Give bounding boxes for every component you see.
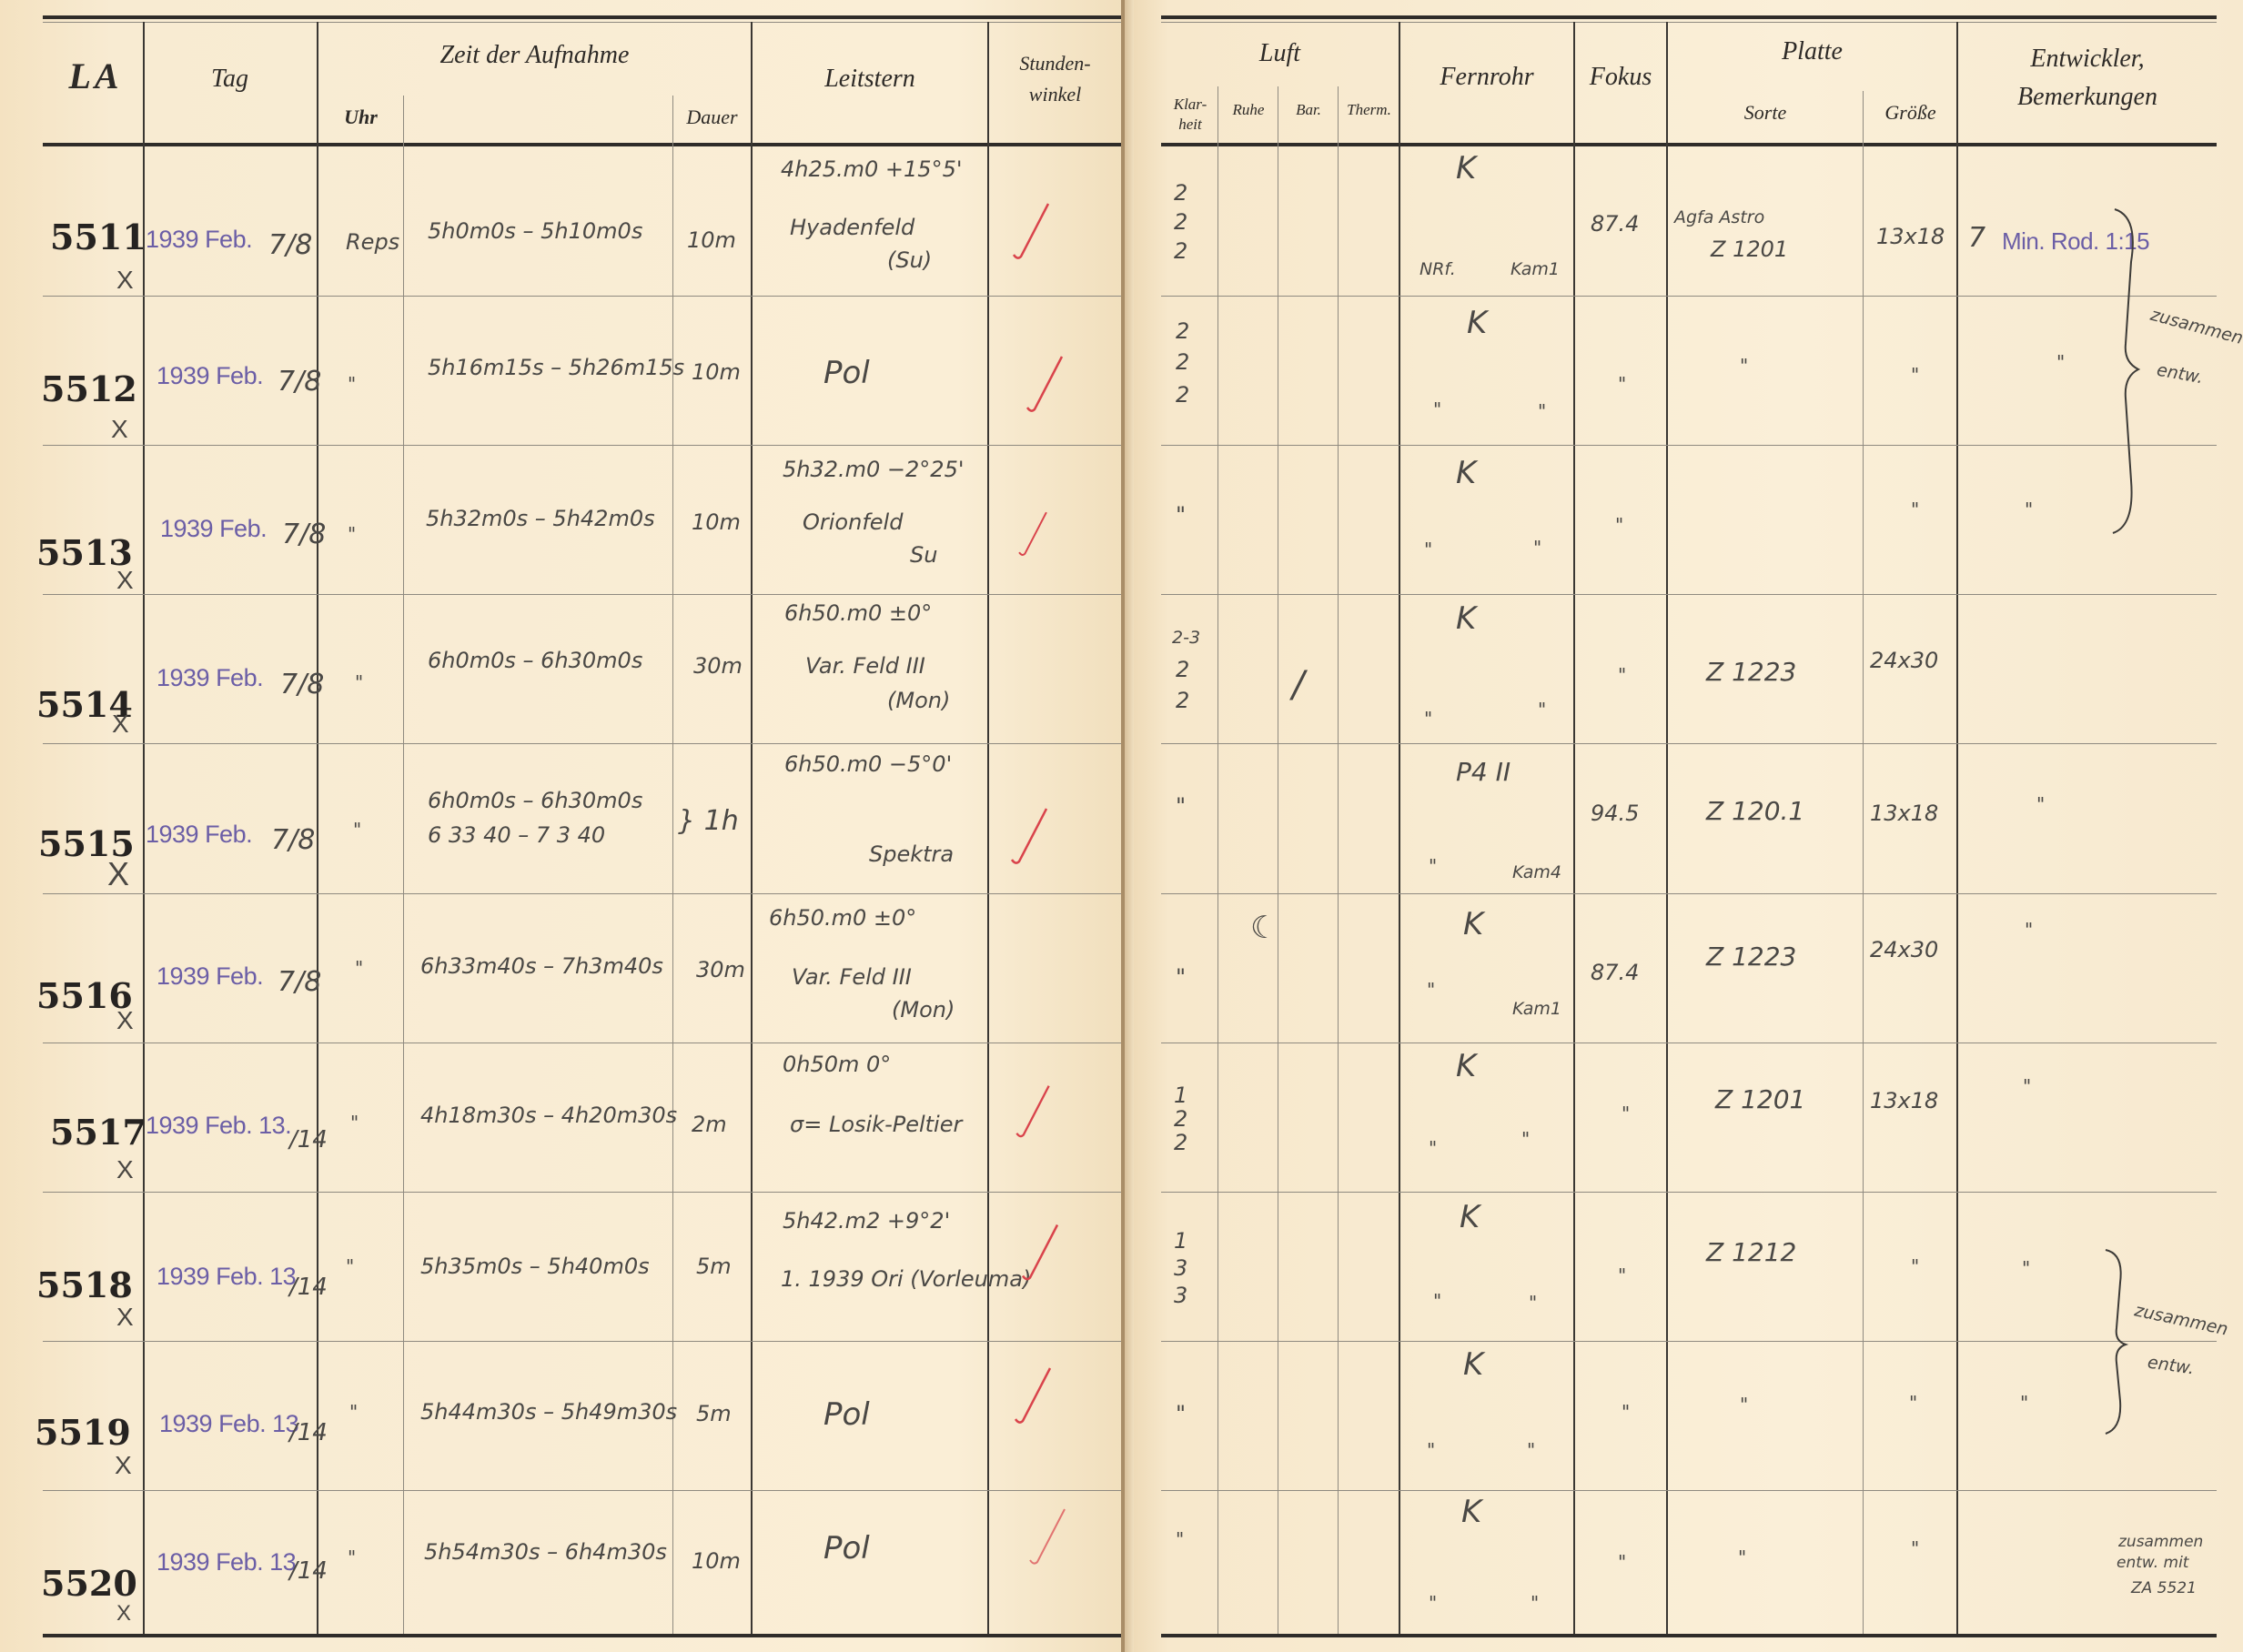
col-divider bbox=[1338, 86, 1339, 1634]
dauer-value: 2m bbox=[692, 1112, 727, 1137]
fernrohr-ditto: " bbox=[1429, 1137, 1437, 1159]
row-rule bbox=[1161, 1192, 2217, 1193]
date-stamp: 1939 Feb. 13 bbox=[159, 1410, 298, 1438]
dauer-value: 30m bbox=[693, 653, 743, 679]
klarheit-1: 2 bbox=[1176, 318, 1189, 344]
col-divider bbox=[751, 22, 753, 1634]
groesse-value: 13x18 bbox=[1870, 1088, 1938, 1113]
sorte-value: Agfa Astro bbox=[1674, 207, 1764, 227]
left-header-rule bbox=[43, 143, 1121, 146]
groesse-ditto: " bbox=[1911, 1537, 1919, 1559]
fernrohr-ditto: " bbox=[1429, 855, 1437, 877]
header-platte: Platte bbox=[1668, 38, 1956, 66]
col-divider bbox=[1666, 22, 1668, 1634]
leitstern-coord: 6h50.m0 −5°0' bbox=[784, 751, 952, 777]
fokus-ditto: " bbox=[1618, 1551, 1626, 1573]
row-rule bbox=[1161, 1490, 2217, 1491]
uhr-ditto: " bbox=[348, 523, 356, 545]
zeit-value: 6h0m0s – 6h30m0s bbox=[428, 788, 642, 813]
leitstern-note: Su bbox=[910, 542, 937, 568]
uhr-value: Reps bbox=[346, 229, 399, 255]
la-number: 5517 bbox=[50, 1112, 138, 1153]
check-x-mark: X bbox=[116, 1601, 131, 1627]
uhr-ditto: " bbox=[353, 819, 361, 841]
fokus-ditto: " bbox=[1615, 514, 1623, 536]
check-x-mark: X bbox=[107, 855, 129, 893]
moon-icon: ☾ bbox=[1250, 910, 1278, 946]
check-x-mark: X bbox=[116, 266, 134, 295]
klarheit-1: 1 bbox=[1174, 1228, 1187, 1254]
bar-value: / bbox=[1292, 664, 1304, 706]
fernrohr-value: K bbox=[1456, 1048, 1476, 1084]
date-handwritten: /14 bbox=[289, 1126, 328, 1153]
zeit-value: 4h18m30s – 4h20m30s bbox=[420, 1103, 677, 1128]
col-divider bbox=[1863, 91, 1864, 1634]
klarheit-1: 1 bbox=[1174, 1083, 1187, 1108]
leitstern-coord: 6h50.m0 ±0° bbox=[769, 905, 916, 931]
col-divider bbox=[1217, 86, 1218, 1634]
fernrohr-value: K bbox=[1456, 600, 1476, 637]
date-handwritten: 7/8 bbox=[278, 966, 321, 998]
date-stamp: 1939 Feb. bbox=[146, 821, 252, 849]
row-rule bbox=[1161, 594, 2217, 595]
header-stundenwinkel-1: Stunden- bbox=[989, 53, 1121, 75]
klarheit-1: 2-3 bbox=[1172, 628, 1200, 648]
dauer-value: 10m bbox=[687, 227, 736, 253]
leitstern-name: Var. Feld III bbox=[805, 653, 925, 679]
date-stamp: 1939 Feb. bbox=[157, 362, 263, 390]
fokus-ditto: " bbox=[1622, 1401, 1630, 1423]
header-fokus: Fokus bbox=[1575, 64, 1666, 92]
date-handwritten: 7/8 bbox=[271, 824, 315, 856]
check-x-mark: X bbox=[116, 1155, 134, 1184]
uhr-ditto: " bbox=[348, 373, 356, 395]
la-number: 5520 bbox=[41, 1563, 129, 1604]
header-stundenwinkel-2: winkel bbox=[989, 84, 1121, 106]
date-handwritten: 7/8 bbox=[268, 229, 312, 261]
leitstern-coord: 0h50m 0° bbox=[783, 1052, 891, 1077]
red-check-icon bbox=[1026, 1501, 1068, 1574]
row-rule bbox=[43, 296, 1121, 297]
left-top-rule-2 bbox=[43, 22, 1121, 23]
leitstern-name: Hyadenfeld bbox=[790, 215, 914, 240]
fernrohr-ditto: " bbox=[1429, 1592, 1437, 1614]
leitstern-name: Pol bbox=[823, 1396, 870, 1433]
sorte-value: Z 1212 bbox=[1706, 1237, 1796, 1267]
groesse-ditto: " bbox=[1911, 499, 1919, 520]
uhr-ditto: " bbox=[355, 671, 363, 693]
right-top-rule-2 bbox=[1161, 22, 2217, 23]
header-luft: Luft bbox=[1161, 40, 1399, 68]
header-sorte: Sorte bbox=[1668, 102, 1863, 124]
groesse-ditto: " bbox=[1911, 364, 1919, 386]
red-check-icon bbox=[1010, 200, 1052, 264]
dauer-value: 5m bbox=[696, 1254, 732, 1279]
header-leitstern: Leitstern bbox=[753, 65, 987, 94]
klarheit-3: 2 bbox=[1176, 382, 1189, 408]
klarheit-2: 3 bbox=[1174, 1255, 1187, 1281]
row-rule bbox=[43, 893, 1121, 894]
groesse-ditto: " bbox=[1909, 1392, 1917, 1414]
fernrohr-value: K bbox=[1461, 1494, 1481, 1530]
date-handwritten: /14 bbox=[289, 1419, 328, 1446]
fernrohr-value: K bbox=[1467, 305, 1487, 341]
left-bottom-rule bbox=[43, 1634, 1121, 1637]
sorte-value: Z 1201 bbox=[1715, 1084, 1805, 1114]
book-gutter bbox=[1121, 0, 1125, 1652]
right-top-rule bbox=[1161, 15, 2217, 19]
la-number: 5513 bbox=[36, 532, 125, 573]
row-rule bbox=[43, 1341, 1121, 1342]
entwickler-ditto: " bbox=[2036, 793, 2045, 815]
header-tag: Tag bbox=[146, 65, 314, 94]
header-bar: Bar. bbox=[1279, 102, 1338, 119]
leitstern-name: Pol bbox=[823, 1530, 870, 1566]
fernrohr-ditto: " bbox=[1433, 398, 1441, 420]
header-groesse: Größe bbox=[1864, 102, 1956, 124]
entwickler-ditto: " bbox=[2056, 351, 2065, 373]
sorte-value: Z 1223 bbox=[1706, 657, 1796, 687]
header-fernrohr: Fernrohr bbox=[1400, 64, 1573, 92]
fokus-value: 87.4 bbox=[1591, 211, 1639, 237]
fokus-ditto: " bbox=[1618, 373, 1626, 395]
dauer-value: 10m bbox=[692, 359, 741, 385]
check-x-mark: X bbox=[116, 566, 134, 595]
uhr-ditto: " bbox=[355, 957, 363, 979]
zeit-value-2: 6 33 40 – 7 3 40 bbox=[428, 822, 605, 848]
date-stamp: 1939 Feb. bbox=[160, 515, 267, 543]
curly-brace-icon bbox=[2104, 1246, 2131, 1437]
dauer-value: 10m bbox=[692, 509, 741, 535]
date-stamp: 1939 Feb. 13. bbox=[146, 1112, 291, 1140]
header-zeit-der-aufnahme: Zeit der Aufnahme bbox=[318, 42, 751, 70]
row-rule bbox=[1161, 1043, 2217, 1043]
entwickler-ditto: " bbox=[2020, 1392, 2028, 1414]
klarheit-3: 2 bbox=[1176, 688, 1189, 713]
groesse-value: 13x18 bbox=[1870, 801, 1938, 826]
la-number: 5519 bbox=[35, 1412, 123, 1453]
dauer-value: 30m bbox=[696, 957, 745, 982]
la-number: 5518 bbox=[36, 1264, 125, 1305]
leitstern-note: (Mon) bbox=[887, 688, 950, 713]
uhr-ditto: " bbox=[348, 1546, 356, 1568]
header-ruhe: Ruhe bbox=[1219, 102, 1278, 119]
leitstern-name: Var. Feld III bbox=[792, 964, 912, 990]
sorte-value: Z 120.1 bbox=[1706, 796, 1804, 826]
red-check-icon bbox=[1008, 801, 1050, 873]
fernrohr-detail: NRf. bbox=[1420, 259, 1456, 279]
header-therm: Therm. bbox=[1339, 102, 1399, 119]
leitstern-name: Pol bbox=[823, 355, 870, 391]
sorte-value: Z 1223 bbox=[1706, 942, 1796, 972]
fokus-value: 94.5 bbox=[1591, 801, 1639, 826]
fernrohr-value: P4 II bbox=[1456, 757, 1510, 787]
header-dauer: Dauer bbox=[673, 106, 751, 128]
entwickler-minutes: 7 bbox=[1968, 222, 1985, 254]
col-divider bbox=[1278, 86, 1278, 1634]
col-divider bbox=[1573, 22, 1575, 1634]
klarheit-ditto: " bbox=[1176, 1528, 1184, 1550]
row-rule bbox=[1161, 1341, 2217, 1342]
book-gutter-shadow bbox=[1125, 0, 1134, 1652]
sorte-ditto: " bbox=[1740, 1394, 1748, 1415]
row-rule bbox=[43, 594, 1121, 595]
klarheit-2: 2 bbox=[1176, 349, 1189, 375]
col-divider bbox=[987, 22, 989, 1634]
red-check-icon bbox=[1012, 509, 1054, 559]
uhr-ditto: " bbox=[349, 1401, 358, 1423]
check-x-mark: X bbox=[115, 1451, 132, 1480]
groesse-value: 24x30 bbox=[1870, 937, 1938, 962]
klarheit-3: 3 bbox=[1174, 1283, 1187, 1308]
kamera-ditto: " bbox=[1538, 400, 1546, 422]
col-divider bbox=[317, 22, 318, 1634]
groesse-value: 13x18 bbox=[1876, 224, 1945, 249]
leitstern-note: (Su) bbox=[887, 247, 932, 273]
right-header-rule bbox=[1161, 143, 2217, 146]
klarheit-2: 2 bbox=[1174, 209, 1187, 235]
check-x-mark: X bbox=[112, 710, 129, 739]
kamera-ditto: " bbox=[1533, 537, 1541, 559]
check-x-mark: X bbox=[111, 415, 128, 444]
date-handwritten: 7/8 bbox=[278, 366, 321, 398]
entwickler-ditto: " bbox=[2022, 1257, 2030, 1279]
la-number: 5511 bbox=[50, 217, 138, 257]
sorte-value-2: Z 1201 bbox=[1711, 237, 1788, 262]
leitstern-note: (Mon) bbox=[892, 997, 955, 1022]
klarheit-1: 2 bbox=[1174, 180, 1187, 206]
leitstern-name: σ= Losik-Peltier bbox=[790, 1112, 962, 1137]
fokus-ditto: " bbox=[1618, 1264, 1626, 1286]
check-x-mark: X bbox=[116, 1006, 134, 1035]
zeit-value: 5h0m0s – 5h10m0s bbox=[428, 218, 642, 244]
date-stamp: 1939 Feb. bbox=[157, 962, 263, 991]
date-stamp: 1939 Feb. 13 bbox=[157, 1263, 296, 1291]
kamera-ditto: " bbox=[1538, 699, 1546, 720]
last-note-line-3: ZA 5521 bbox=[2131, 1579, 2197, 1597]
leitstern-name: Orionfeld bbox=[803, 509, 903, 535]
leitstern-coord: 5h32.m0 −2°25' bbox=[783, 457, 964, 482]
la-number: 5512 bbox=[41, 368, 129, 409]
date-stamp: 1939 Feb. 13 bbox=[157, 1548, 296, 1576]
uhr-ditto: " bbox=[346, 1255, 354, 1277]
fernrohr-value: K bbox=[1456, 150, 1476, 186]
entwickler-ditto: " bbox=[2025, 499, 2033, 520]
date-handwritten: /14 bbox=[289, 1557, 328, 1585]
entwickler-ditto: " bbox=[2025, 919, 2033, 941]
kamera-ditto: " bbox=[1527, 1439, 1535, 1461]
col-divider bbox=[143, 22, 145, 1634]
red-check-icon bbox=[1019, 1214, 1061, 1292]
header-entwickler: Entwickler, bbox=[1958, 45, 2217, 74]
dauer-value: } 1h bbox=[678, 805, 739, 837]
fernrohr-value: K bbox=[1463, 1346, 1483, 1383]
last-note-line-1: zusammen bbox=[2118, 1533, 2203, 1551]
zeit-value: 6h33m40s – 7h3m40s bbox=[420, 953, 663, 979]
fernrohr-value: K bbox=[1463, 906, 1483, 942]
date-handwritten: 7/8 bbox=[280, 669, 324, 700]
row-rule bbox=[43, 445, 1121, 446]
header-uhr: Uhr bbox=[318, 106, 403, 128]
sorte-ditto: " bbox=[1738, 1546, 1746, 1568]
dauer-value: 10m bbox=[692, 1548, 741, 1574]
red-check-icon bbox=[1012, 1083, 1054, 1142]
klarheit-2: 2 bbox=[1174, 1106, 1187, 1132]
kamera-ditto: " bbox=[1531, 1592, 1539, 1614]
klarheit-1: " bbox=[1176, 964, 1186, 990]
last-note-line-2: entw. mit bbox=[2117, 1554, 2188, 1572]
groesse-value: 24x30 bbox=[1870, 648, 1938, 673]
col-divider bbox=[1399, 22, 1400, 1634]
klarheit-3: 2 bbox=[1174, 1130, 1187, 1155]
row-rule bbox=[43, 1043, 1121, 1043]
fernrohr-ditto: " bbox=[1424, 708, 1432, 730]
kamera-ditto: " bbox=[1521, 1128, 1530, 1150]
zeit-value: 6h0m0s – 6h30m0s bbox=[428, 648, 642, 673]
klarheit-1: " bbox=[1176, 793, 1186, 819]
klarheit-2: 2 bbox=[1176, 657, 1189, 682]
curly-brace-icon bbox=[2111, 207, 2147, 535]
red-check-icon bbox=[1012, 1360, 1054, 1433]
header-bemerkungen: Bemerkungen bbox=[1958, 84, 2217, 112]
fernrohr-ditto: " bbox=[1427, 1439, 1435, 1461]
col-divider bbox=[403, 96, 404, 1634]
fernrohr-value: K bbox=[1460, 1199, 1480, 1235]
date-handwritten: 7/8 bbox=[282, 519, 326, 550]
leitstern-coord: 4h25.m0 +15°5' bbox=[781, 156, 962, 182]
zeit-value: 5h32m0s – 5h42m0s bbox=[426, 506, 655, 531]
klarheit-1: " bbox=[1176, 1401, 1186, 1426]
header-klarheit-2: heit bbox=[1163, 116, 1217, 134]
red-check-icon bbox=[1024, 353, 1066, 417]
row-rule bbox=[43, 1490, 1121, 1491]
fokus-ditto: " bbox=[1622, 1103, 1630, 1124]
leitstern-note: Spektra bbox=[869, 841, 954, 867]
zeit-value: 5h16m15s – 5h26m15s bbox=[428, 355, 684, 380]
kamera-value: Kam4 bbox=[1512, 862, 1561, 882]
right-bottom-rule bbox=[1161, 1634, 2217, 1637]
kamera-value: Kam1 bbox=[1510, 259, 1560, 279]
kamera-value: Kam1 bbox=[1512, 999, 1561, 1019]
check-x-mark: X bbox=[116, 1303, 134, 1332]
row-rule bbox=[1161, 445, 2217, 446]
uhr-ditto: " bbox=[350, 1112, 359, 1133]
klarheit-3: 2 bbox=[1174, 238, 1187, 264]
kamera-ditto: " bbox=[1529, 1292, 1537, 1314]
date-handwritten: /14 bbox=[289, 1274, 328, 1301]
dauer-value: 5m bbox=[696, 1401, 732, 1426]
sorte-ditto: " bbox=[1740, 355, 1748, 377]
leitstern-coord: 5h42.m2 +9°2' bbox=[783, 1208, 950, 1234]
fokus-ditto: " bbox=[1618, 664, 1626, 686]
date-stamp: 1939 Feb. bbox=[157, 664, 263, 692]
la-number: 5516 bbox=[36, 975, 125, 1016]
row-rule bbox=[1161, 743, 2217, 744]
fernrohr-ditto: " bbox=[1424, 539, 1432, 560]
zeit-value: 5h54m30s – 6h4m30s bbox=[424, 1539, 667, 1565]
fokus-value: 87.4 bbox=[1591, 960, 1639, 985]
klarheit-1: " bbox=[1176, 502, 1186, 528]
groesse-ditto: " bbox=[1911, 1255, 1919, 1277]
fernrohr-ditto: " bbox=[1433, 1290, 1441, 1312]
leitstern-name: 1. 1939 Ori (Vorleuma) bbox=[781, 1266, 1031, 1292]
row-rule bbox=[1161, 296, 2217, 297]
row-rule bbox=[43, 1192, 1121, 1193]
col-divider bbox=[1956, 22, 1958, 1634]
fernrohr-value: K bbox=[1456, 455, 1476, 491]
zeit-value: 5h35m0s – 5h40m0s bbox=[420, 1254, 650, 1279]
row-rule bbox=[1161, 893, 2217, 894]
row-rule bbox=[43, 743, 1121, 744]
date-stamp: 1939 Feb. bbox=[146, 226, 252, 254]
zeit-value: 5h44m30s – 5h49m30s bbox=[420, 1399, 677, 1425]
fernrohr-ditto: " bbox=[1427, 979, 1435, 1001]
entwickler-ditto: " bbox=[2023, 1075, 2031, 1097]
header-la: LA bbox=[50, 56, 141, 96]
header-klarheit-1: Klar- bbox=[1163, 96, 1217, 114]
left-top-rule bbox=[43, 15, 1121, 19]
leitstern-coord: 6h50.m0 ±0° bbox=[784, 600, 932, 626]
